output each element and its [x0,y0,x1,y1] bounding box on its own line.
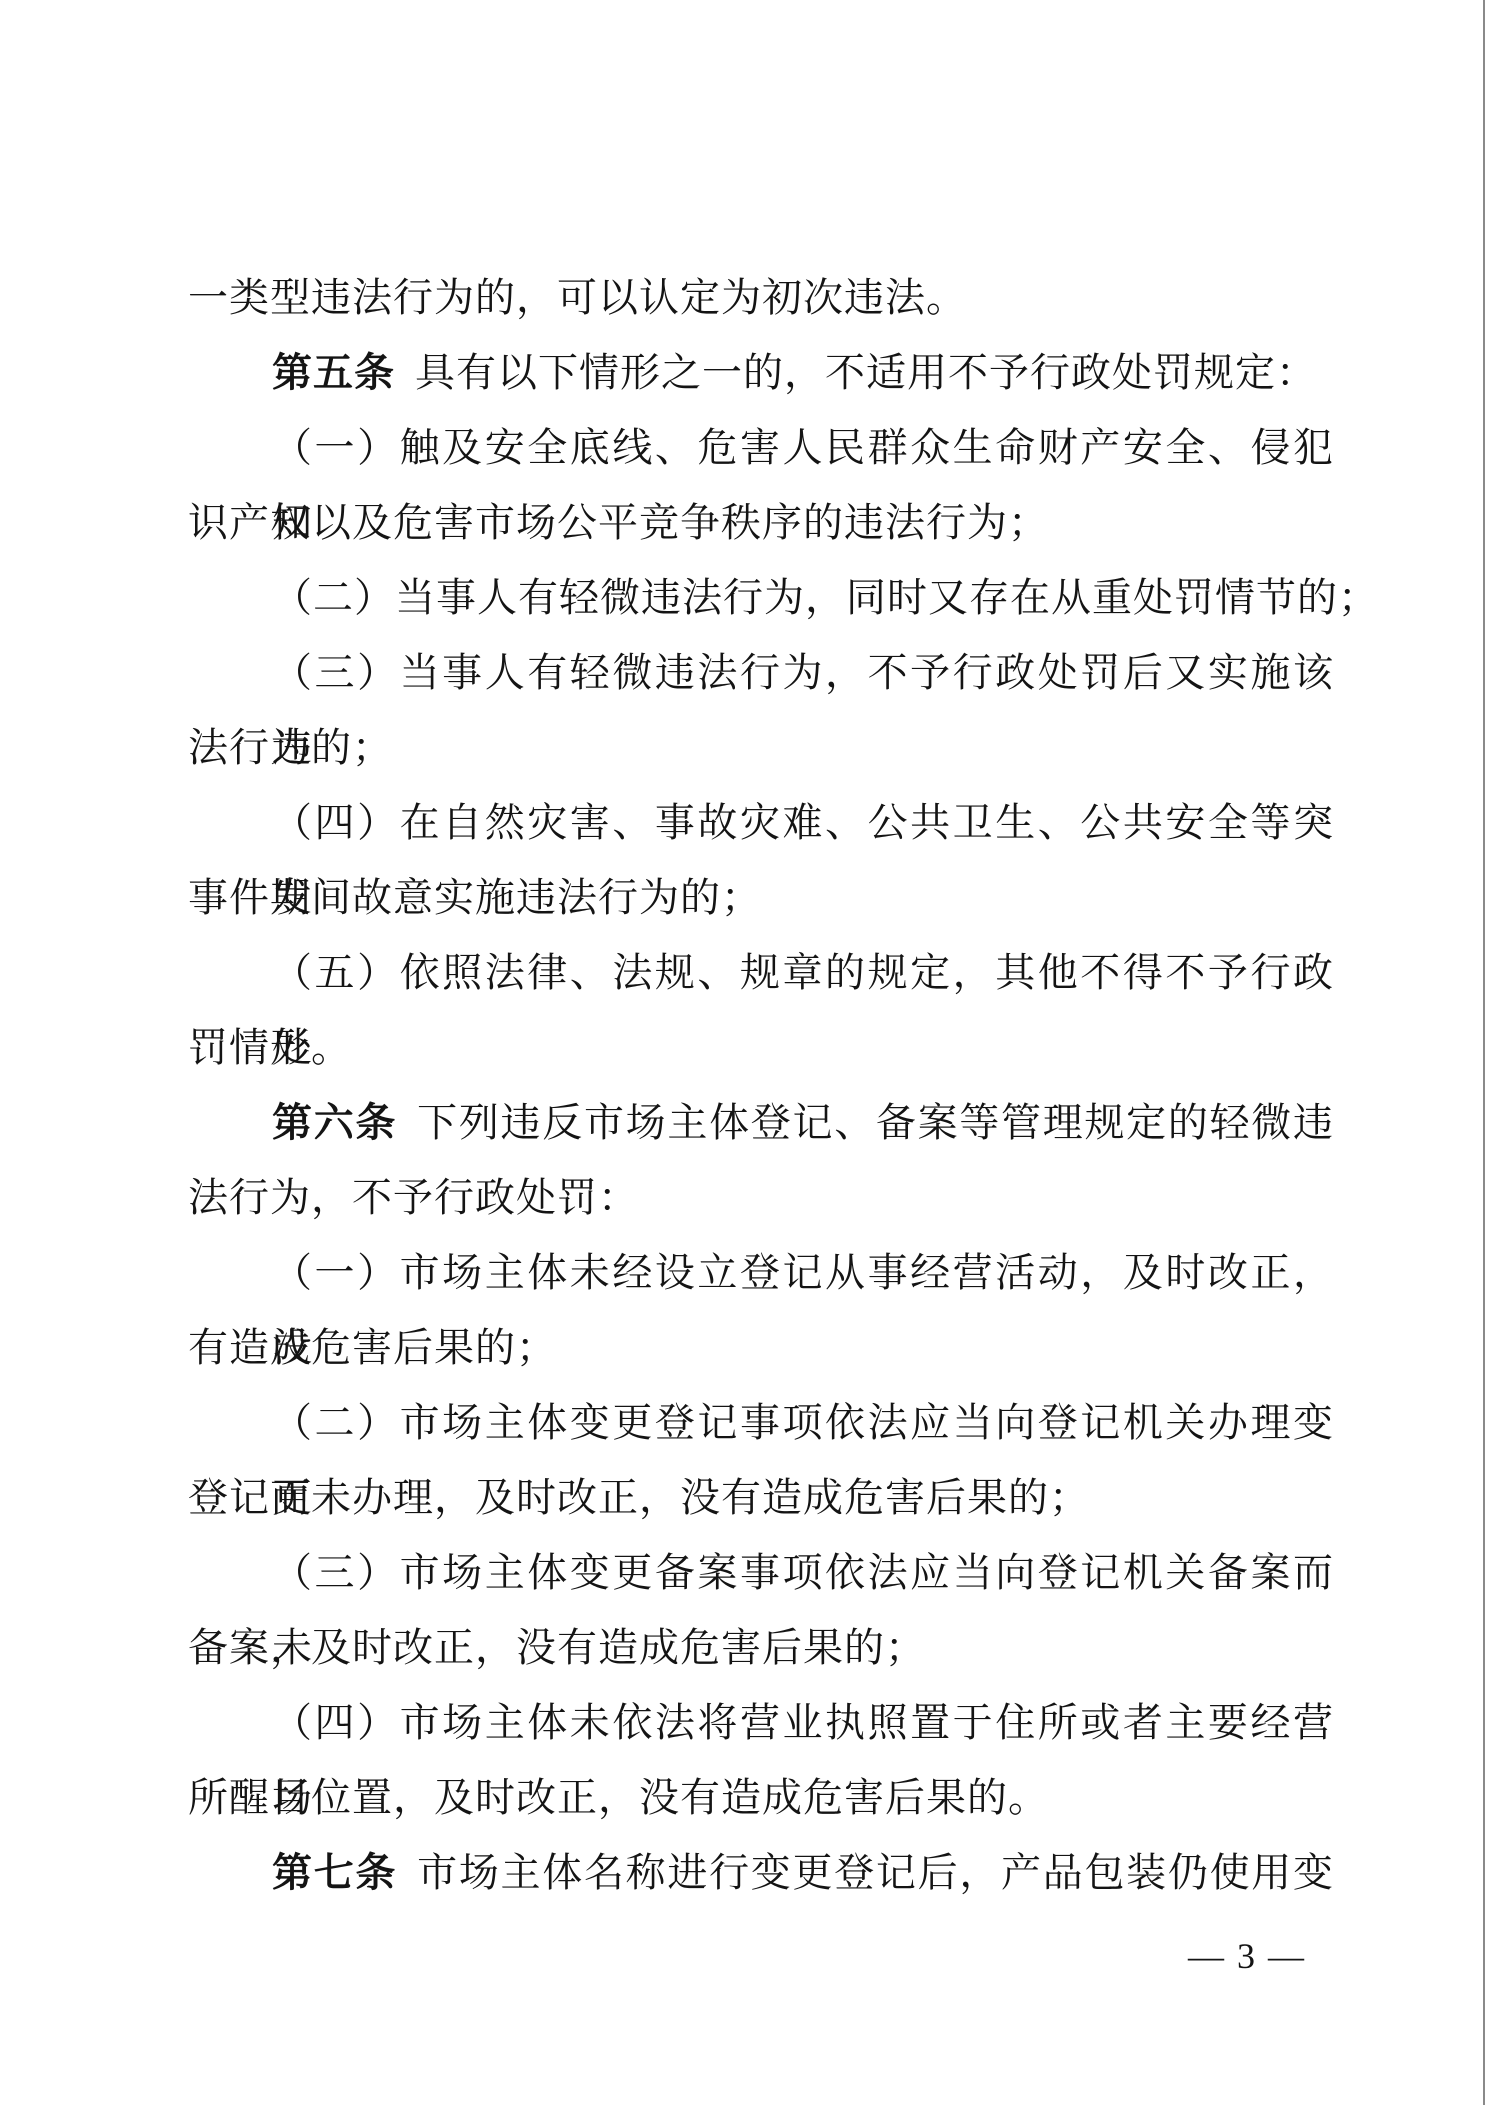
document-line: 法行为，不予行政处罚： [188,1160,1334,1235]
document-line: （四）在自然灾害、事故灾难、公共卫生、公共安全等突发 [188,785,1334,860]
line-text: 所醒目位置，及时改正，没有造成危害后果的。 [188,1775,1049,1820]
line-text: 一类型违法行为的，可以认定为初次违法。 [188,275,967,320]
document-line: （二）当事人有轻微违法行为，同时又存在从重处罚情节的； [188,560,1334,635]
document-line: 事件期间故意实施违法行为的； [188,860,1334,935]
document-line: 第六条下列违反市场主体登记、备案等管理规定的轻微违 [188,1085,1334,1160]
line-text: 具有以下情形之一的，不适用不予行政处罚规定： [415,350,1317,395]
line-text: 识产权以及危害市场公平竞争秩序的违法行为； [188,500,1049,545]
document-line: （五）依照法律、法规、规章的规定，其他不得不予行政处 [188,935,1334,1010]
document-line: 识产权以及危害市场公平竞争秩序的违法行为； [188,485,1334,560]
document-body: 一类型违法行为的，可以认定为初次违法。 第五条具有以下情形之一的，不适用不予行政… [188,260,1334,1910]
page-number: — 3 — [1188,1936,1306,1976]
line-text: 法行为的； [188,725,393,770]
document-line: （三）市场主体变更备案事项依法应当向登记机关备案而未 [188,1535,1334,1610]
article-number: 第七条 [272,1850,397,1895]
document-line: 登记而未办理，及时改正，没有造成危害后果的； [188,1460,1334,1535]
document-line: 罚情形。 [188,1010,1334,1085]
article-number: 第六条 [272,1100,397,1145]
document-line: 有造成危害后果的； [188,1310,1334,1385]
document-line: 第五条具有以下情形之一的，不适用不予行政处罚规定： [188,335,1334,410]
document-page: 一类型违法行为的，可以认定为初次违法。 第五条具有以下情形之一的，不适用不予行政… [0,0,1488,2105]
document-line: 所醒目位置，及时改正，没有造成危害后果的。 [188,1760,1334,1835]
article-number: 第五条 [272,350,395,395]
document-line: 第七条市场主体名称进行变更登记后，产品包装仍使用变 [188,1835,1334,1910]
document-line: 法行为的； [188,710,1334,785]
document-line: （二）市场主体变更登记事项依法应当向登记机关办理变更 [188,1385,1334,1460]
document-line: （四）市场主体未依法将营业执照置于住所或者主要经营场 [188,1685,1334,1760]
line-text: 罚情形。 [188,1025,352,1070]
document-line: （一）触及安全底线、危害人民群众生命财产安全、侵犯知 [188,410,1334,485]
document-line: 备案，及时改正，没有造成危害后果的； [188,1610,1334,1685]
line-text: 事件期间故意实施违法行为的； [188,875,762,920]
line-text: 市场主体名称进行变更登记后，产品包装仍使用变 [417,1850,1334,1895]
scan-edge-line [1483,0,1485,2105]
document-line: （一）市场主体未经设立登记从事经营活动，及时改正，没 [188,1235,1334,1310]
line-text: 登记而未办理，及时改正，没有造成危害后果的； [188,1475,1090,1520]
line-text: 备案，及时改正，没有造成危害后果的； [188,1625,926,1670]
line-text: 有造成危害后果的； [188,1325,557,1370]
line-text: 法行为，不予行政处罚： [188,1175,639,1220]
line-text: （二）当事人有轻微违法行为，同时又存在从重处罚情节的； [272,575,1379,620]
document-line: （三）当事人有轻微违法行为，不予行政处罚后又实施该违 [188,635,1334,710]
document-line: 一类型违法行为的，可以认定为初次违法。 [188,260,1334,335]
line-text: 下列违反市场主体登记、备案等管理规定的轻微违 [417,1100,1334,1145]
